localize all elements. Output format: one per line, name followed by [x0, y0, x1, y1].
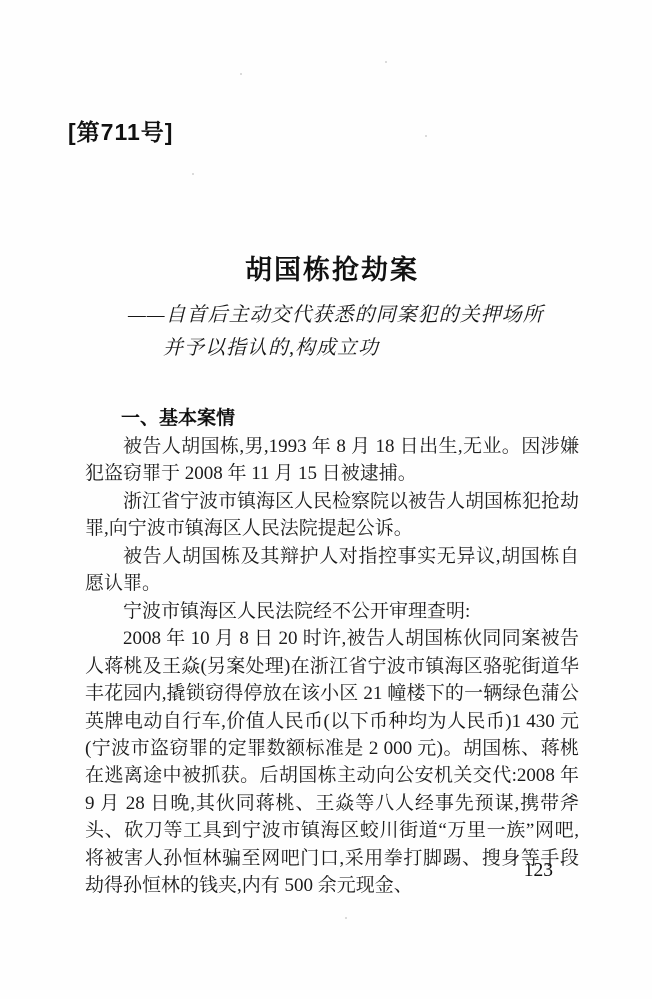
body-paragraph: 2008 年 10 月 8 日 20 时许,被告人胡国栋伙同同案被告人蒋桃及王焱… [85, 625, 579, 900]
body-paragraph: 宁波市镇海区人民法院经不公开审理查明: [85, 598, 579, 625]
body-paragraph: 浙江省宁波市镇海区人民检察院以被告人胡国栋犯抢劫罪,向宁波市镇海区人民法院提起公… [85, 488, 579, 543]
scan-speck [385, 61, 387, 63]
page-number: 123 [524, 860, 553, 882]
scan-speck [425, 135, 427, 137]
section-heading-basic-facts: 一、基本案情 [121, 406, 579, 431]
case-subtitle-line-2: 并予以指认的,构成立功 [163, 331, 379, 360]
scan-speck [240, 73, 242, 75]
case-number-label: [第711号] [68, 114, 173, 147]
case-subtitle-line-1: ——自首后主动交代获悉的同案犯的关押场所 [128, 298, 544, 327]
case-body: 一、基本案情 被告人胡国栋,男,1993 年 8 月 18 日出生,无业。因涉嫌… [85, 406, 579, 900]
body-paragraph: 被告人胡国栋,男,1993 年 8 月 18 日出生,无业。因涉嫌犯盗窃罪于 2… [85, 433, 579, 488]
body-paragraph: 被告人胡国栋及其辩护人对指控事实无异议,胡国栋自愿认罪。 [85, 543, 579, 598]
scan-speck [192, 173, 194, 175]
scan-speck [345, 917, 347, 919]
case-title: 胡国栋抢劫案 [85, 248, 579, 287]
book-page: [第711号] 胡国栋抢劫案 ——自首后主动交代获悉的同案犯的关押场所 并予以指… [0, 0, 652, 999]
